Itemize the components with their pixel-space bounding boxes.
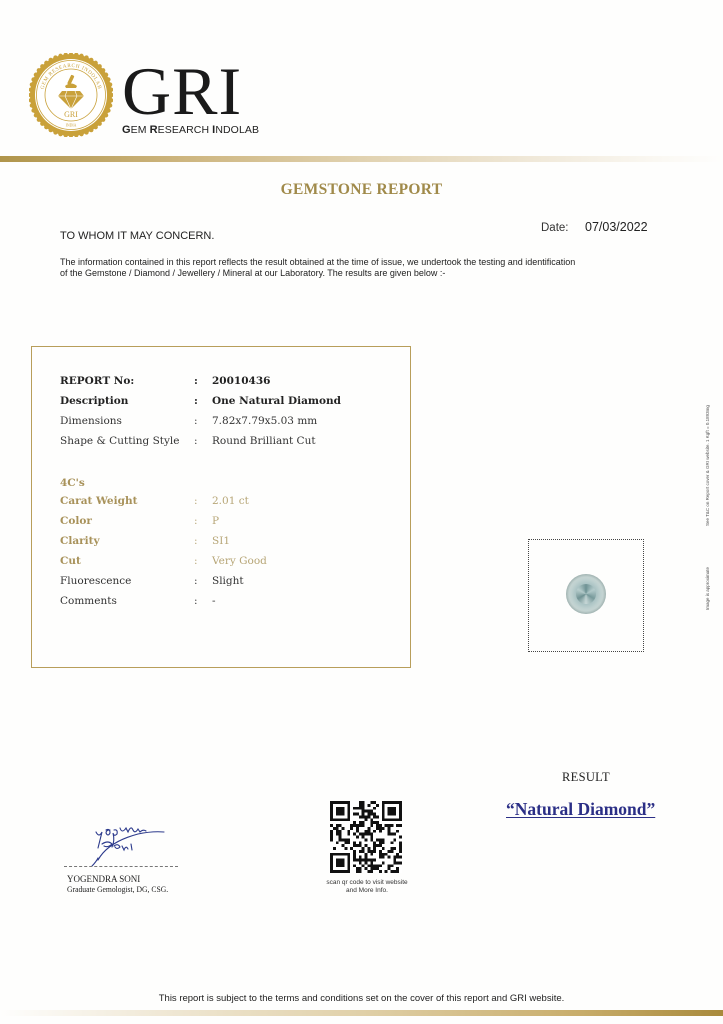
stone-image-frame xyxy=(528,539,644,652)
detail-value: One Natural Diamond xyxy=(212,395,341,407)
detail-label: REPORT No: xyxy=(60,375,134,387)
detail-label: Shape & Cutting Style xyxy=(60,435,180,447)
brand-logo: GRI GEM RESEARCH INDOLAB xyxy=(122,60,259,136)
detail-value: Round Brilliant Cut xyxy=(212,435,316,447)
detail-label: Cut xyxy=(60,555,81,567)
signature-line xyxy=(64,866,178,867)
date-value: 07/03/2022 xyxy=(585,220,648,234)
detail-value: 7.82x7.79x5.03 mm xyxy=(212,415,317,427)
qr-code[interactable] xyxy=(330,801,402,873)
detail-label: Comments xyxy=(60,595,117,607)
result-value: “Natural Diamond” xyxy=(506,799,655,820)
date-label: Date: xyxy=(541,222,569,234)
detail-value: P xyxy=(212,515,219,527)
detail-label: Description xyxy=(60,395,128,407)
detail-value: Slight xyxy=(212,575,244,587)
brand-name: GEM RESEARCH INDOLAB xyxy=(122,124,259,136)
detail-separator: : xyxy=(194,515,198,527)
detail-label: Color xyxy=(60,515,92,527)
detail-separator: : xyxy=(194,395,198,407)
salutation: TO WHOM IT MAY CONCERN. xyxy=(60,230,214,242)
four-cs-heading: 4C's xyxy=(60,477,85,489)
detail-value: Very Good xyxy=(212,555,267,567)
seal-bottom-text: INDIA xyxy=(66,124,77,128)
gri-seal-logo: GEM RESEARCH INDOLAB GRI INDIA xyxy=(29,53,113,137)
report-details-box: REPORT No::20010436Description:One Natur… xyxy=(31,346,411,668)
detail-value: 20010436 xyxy=(212,375,270,387)
detail-separator: : xyxy=(194,535,198,547)
result-label: RESULT xyxy=(562,770,610,785)
detail-label: Dimensions xyxy=(60,415,122,427)
footer-terms: This report is subject to the terms and … xyxy=(0,993,723,1004)
detail-separator: : xyxy=(194,435,198,447)
signatory-name: YOGENDRA SONI xyxy=(67,874,140,884)
seal-center-text: GRI xyxy=(64,110,78,119)
terms-side-note: See T&C on Report cover & GRI website. 1… xyxy=(705,405,710,526)
header-divider xyxy=(0,156,723,162)
detail-separator: : xyxy=(194,495,198,507)
signature xyxy=(84,822,174,870)
detail-separator: : xyxy=(194,595,198,607)
qr-caption: scan qr code to visit website and More I… xyxy=(318,879,416,895)
image-approx-side-note: Image is approximate xyxy=(705,567,710,610)
detail-label: Clarity xyxy=(60,535,100,547)
brand-mark: GRI xyxy=(122,60,259,122)
detail-separator: : xyxy=(194,555,198,567)
gemstone-report-page: GEM RESEARCH INDOLAB GRI INDIA GRI GEM R… xyxy=(0,0,723,1024)
report-title: GEMSTONE REPORT xyxy=(0,181,723,199)
detail-label: Carat Weight xyxy=(60,495,137,507)
detail-value: SI1 xyxy=(212,535,230,547)
footer-divider xyxy=(0,1010,723,1016)
detail-label: Fluorescence xyxy=(60,575,131,587)
detail-value: - xyxy=(212,595,216,607)
signatory-title: Graduate Gemologist, DG, CSG. xyxy=(67,884,168,894)
diamond-image xyxy=(566,574,606,614)
detail-separator: : xyxy=(194,375,198,387)
intro-paragraph: The information contained in this report… xyxy=(60,257,580,279)
detail-separator: : xyxy=(194,415,198,427)
detail-value: 2.01 ct xyxy=(212,495,249,507)
detail-separator: : xyxy=(194,575,198,587)
